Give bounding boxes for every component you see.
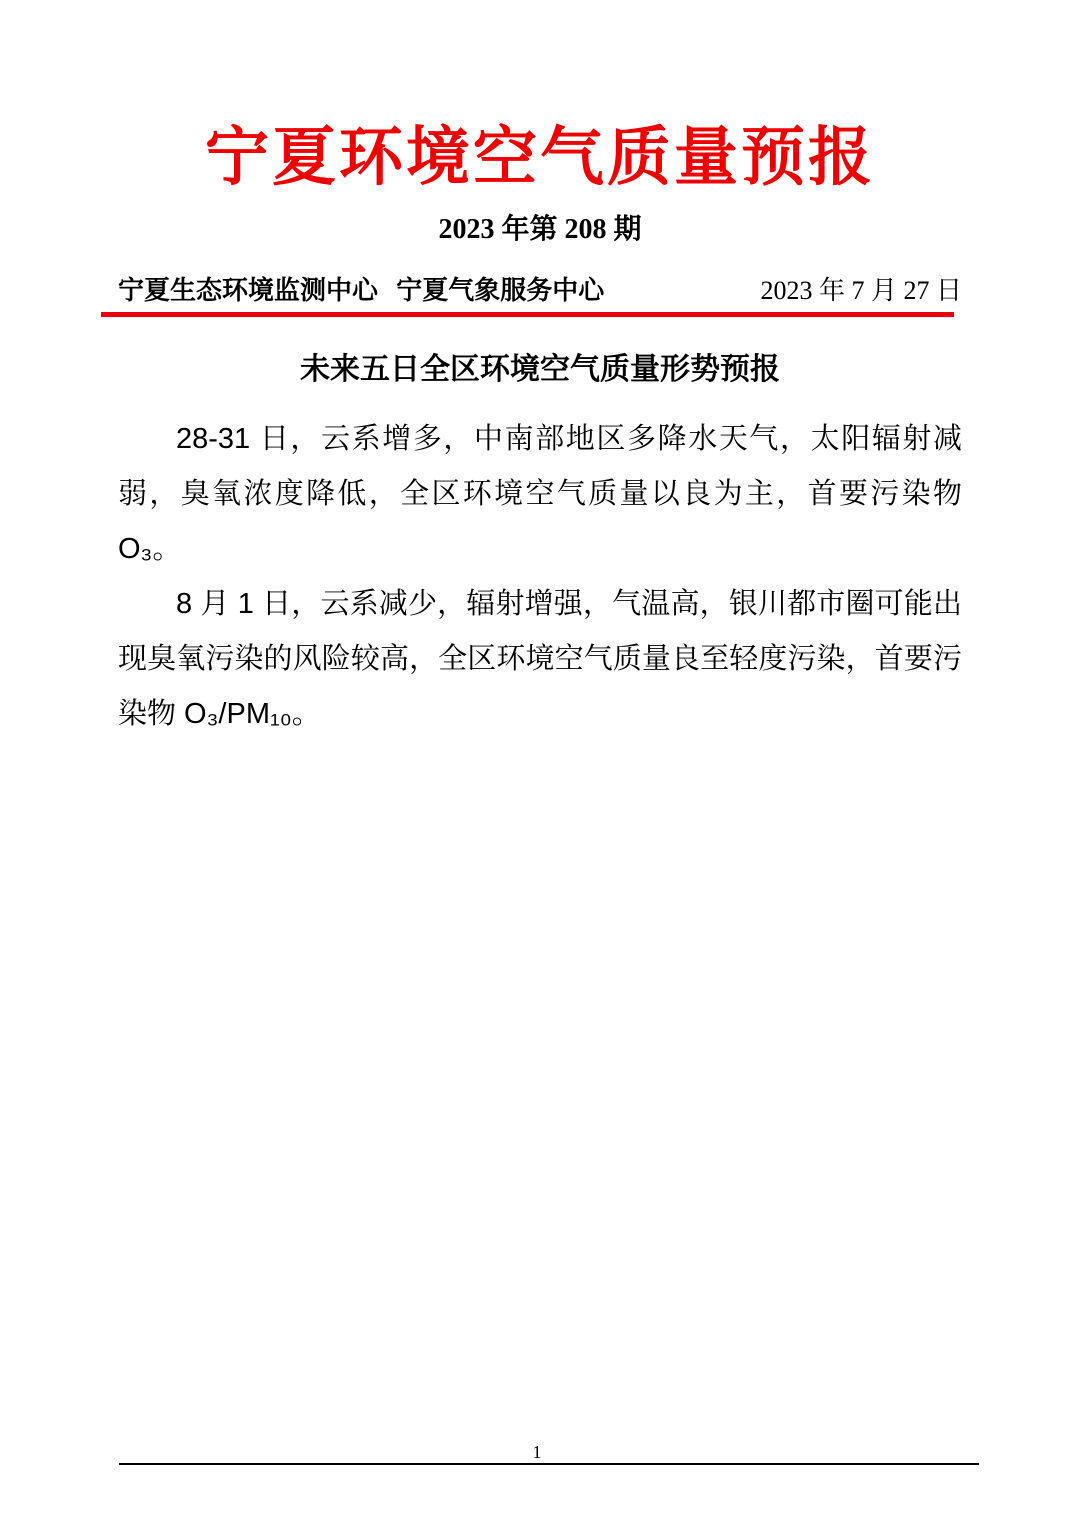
publisher-row: 宁夏生态环境监测中心 宁夏气象服务中心 2023 年 7 月 27 日 bbox=[118, 274, 962, 308]
document-title: 宁夏环境空气质量预报 bbox=[118, 0, 962, 204]
issue-date: 2023 年 7 月 27 日 bbox=[760, 274, 962, 308]
document-content: 宁夏环境空气质量预报 2023 年第 208 期 宁夏生态环境监测中心 宁夏气象… bbox=[0, 0, 1074, 742]
section-title: 未来五日全区环境空气质量形势预报 bbox=[118, 349, 962, 391]
issue-number: 2023 年第 208 期 bbox=[118, 212, 962, 248]
red-divider-rule bbox=[101, 312, 954, 317]
publisher-org-weather-center: 宁夏气象服务中心 bbox=[396, 276, 604, 305]
forecast-paragraph-2: 8 月 1 日，云系减少，辐射增强，气温高，银川都市圈可能出现臭氧污染的风险较高… bbox=[118, 577, 962, 742]
forecast-paragraph-1: 28-31 日，云系增多，中南部地区多降水天气，太阳辐射减弱，臭氧浓度降低，全区… bbox=[118, 412, 962, 577]
publisher-org-monitoring-center: 宁夏生态环境监测中心 bbox=[118, 276, 378, 305]
page-number: 1 bbox=[0, 1442, 1074, 1462]
publisher-organizations: 宁夏生态环境监测中心 宁夏气象服务中心 bbox=[118, 274, 604, 308]
document-page: 宁夏环境空气质量预报 2023 年第 208 期 宁夏生态环境监测中心 宁夏气象… bbox=[0, 0, 1074, 1520]
page-footer: 1 bbox=[0, 1430, 1074, 1520]
footer-divider-rule bbox=[119, 1463, 979, 1465]
